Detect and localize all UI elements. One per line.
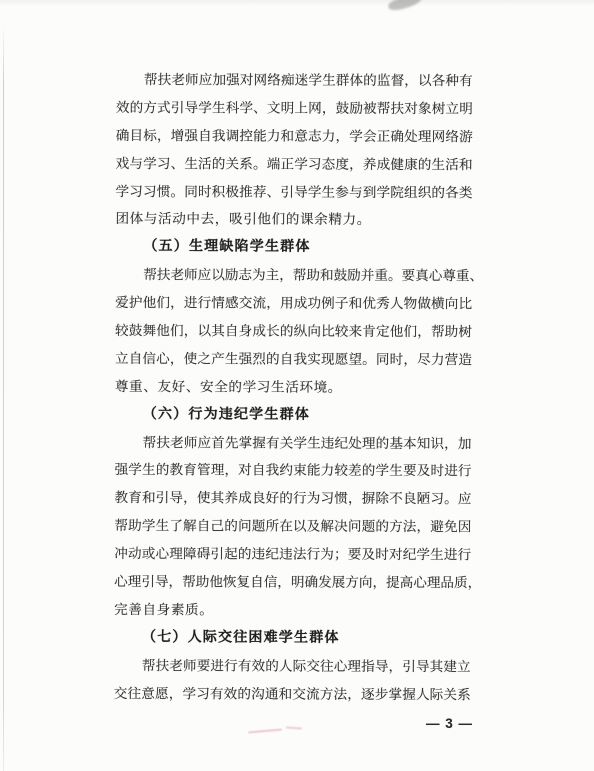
red-pen-mark (248, 726, 304, 738)
text-line: 戏与学习、生活的关系。端正学习态度，养成健康的生活和 (116, 150, 473, 179)
text-line: 爱护他们，进行情感交流，用成功例子和优秀人物做横向比 (115, 289, 472, 318)
red-pen-stroke (286, 726, 302, 729)
red-pen-stroke (248, 729, 282, 734)
text-line: 帮扶老师应首先掌握有关学生违纪处理的基本知识，加 (115, 429, 472, 458)
text-line: 帮助学生了解自己的问题所在以及解决问题的方法，避免因 (114, 512, 471, 541)
section-heading: （六）行为违纪学生群体 (115, 401, 472, 430)
text-line: 教育和引导，使其养成良好的行为习惯，摒除不良陋习。应 (114, 484, 471, 513)
text-line: 效的方式引导学生科学、文明上网，鼓励被帮扶对象树立明 (116, 94, 473, 123)
text-block: 帮扶老师应加强对网络痴迷学生群体的监督，以各种有效的方式引导学生科学、文明上网，… (114, 66, 473, 709)
text-line: 尊重、友好、安全的学习生活环境。 (115, 373, 472, 402)
scanned-document-page: 帮扶老师应加强对网络痴迷学生群体的监督，以各种有效的方式引导学生科学、文明上网，… (0, 0, 594, 771)
text-line: 确目标，增强自我调控能力和意志力，学会正确处理网络游 (116, 122, 473, 151)
scan-smudge (387, 0, 423, 13)
text-line: 帮扶老师要进行有效的人际交往心理指导，引导其建立 (114, 652, 471, 681)
text-line: 心理引导，帮助他恢复自信，明确发展方向，提高心理品质， (114, 568, 471, 597)
text-line: 帮扶老师应加强对网络痴迷学生群体的监督，以各种有 (116, 66, 473, 95)
text-line: 完善自身素质。 (114, 596, 471, 625)
scan-edge-line (3, 24, 4, 771)
text-line: 帮扶老师应以励志为主，帮助和鼓励并重。要真心尊重、 (115, 261, 472, 290)
text-line: 较鼓舞他们，以其自身成长的纵向比较来肯定他们，帮助树 (115, 317, 472, 346)
text-line: 团体与活动中去，吸引他们的课余精力。 (115, 205, 472, 234)
text-line: 强学生的教育管理，对自我约束能力较差的学生要及时进行 (115, 456, 472, 485)
section-heading: （七）人际交往困难学生群体 (114, 624, 471, 653)
text-line: 立自信心，使之产生强烈的自我实现愿望。同时，尽力营造 (115, 345, 472, 374)
section-heading: （五）生理缺陷学生群体 (115, 233, 472, 262)
text-line: 交往意愿，学习有效的沟通和交流方法，逐步掌握人际关系 (114, 680, 471, 709)
text-line: 学习习惯。同时积极推荐、引导学生参与到学院组织的各类 (116, 178, 473, 207)
text-line: 冲动或心理障碍引起的违纪违法行为；要及时对纪学生进行 (114, 540, 471, 569)
